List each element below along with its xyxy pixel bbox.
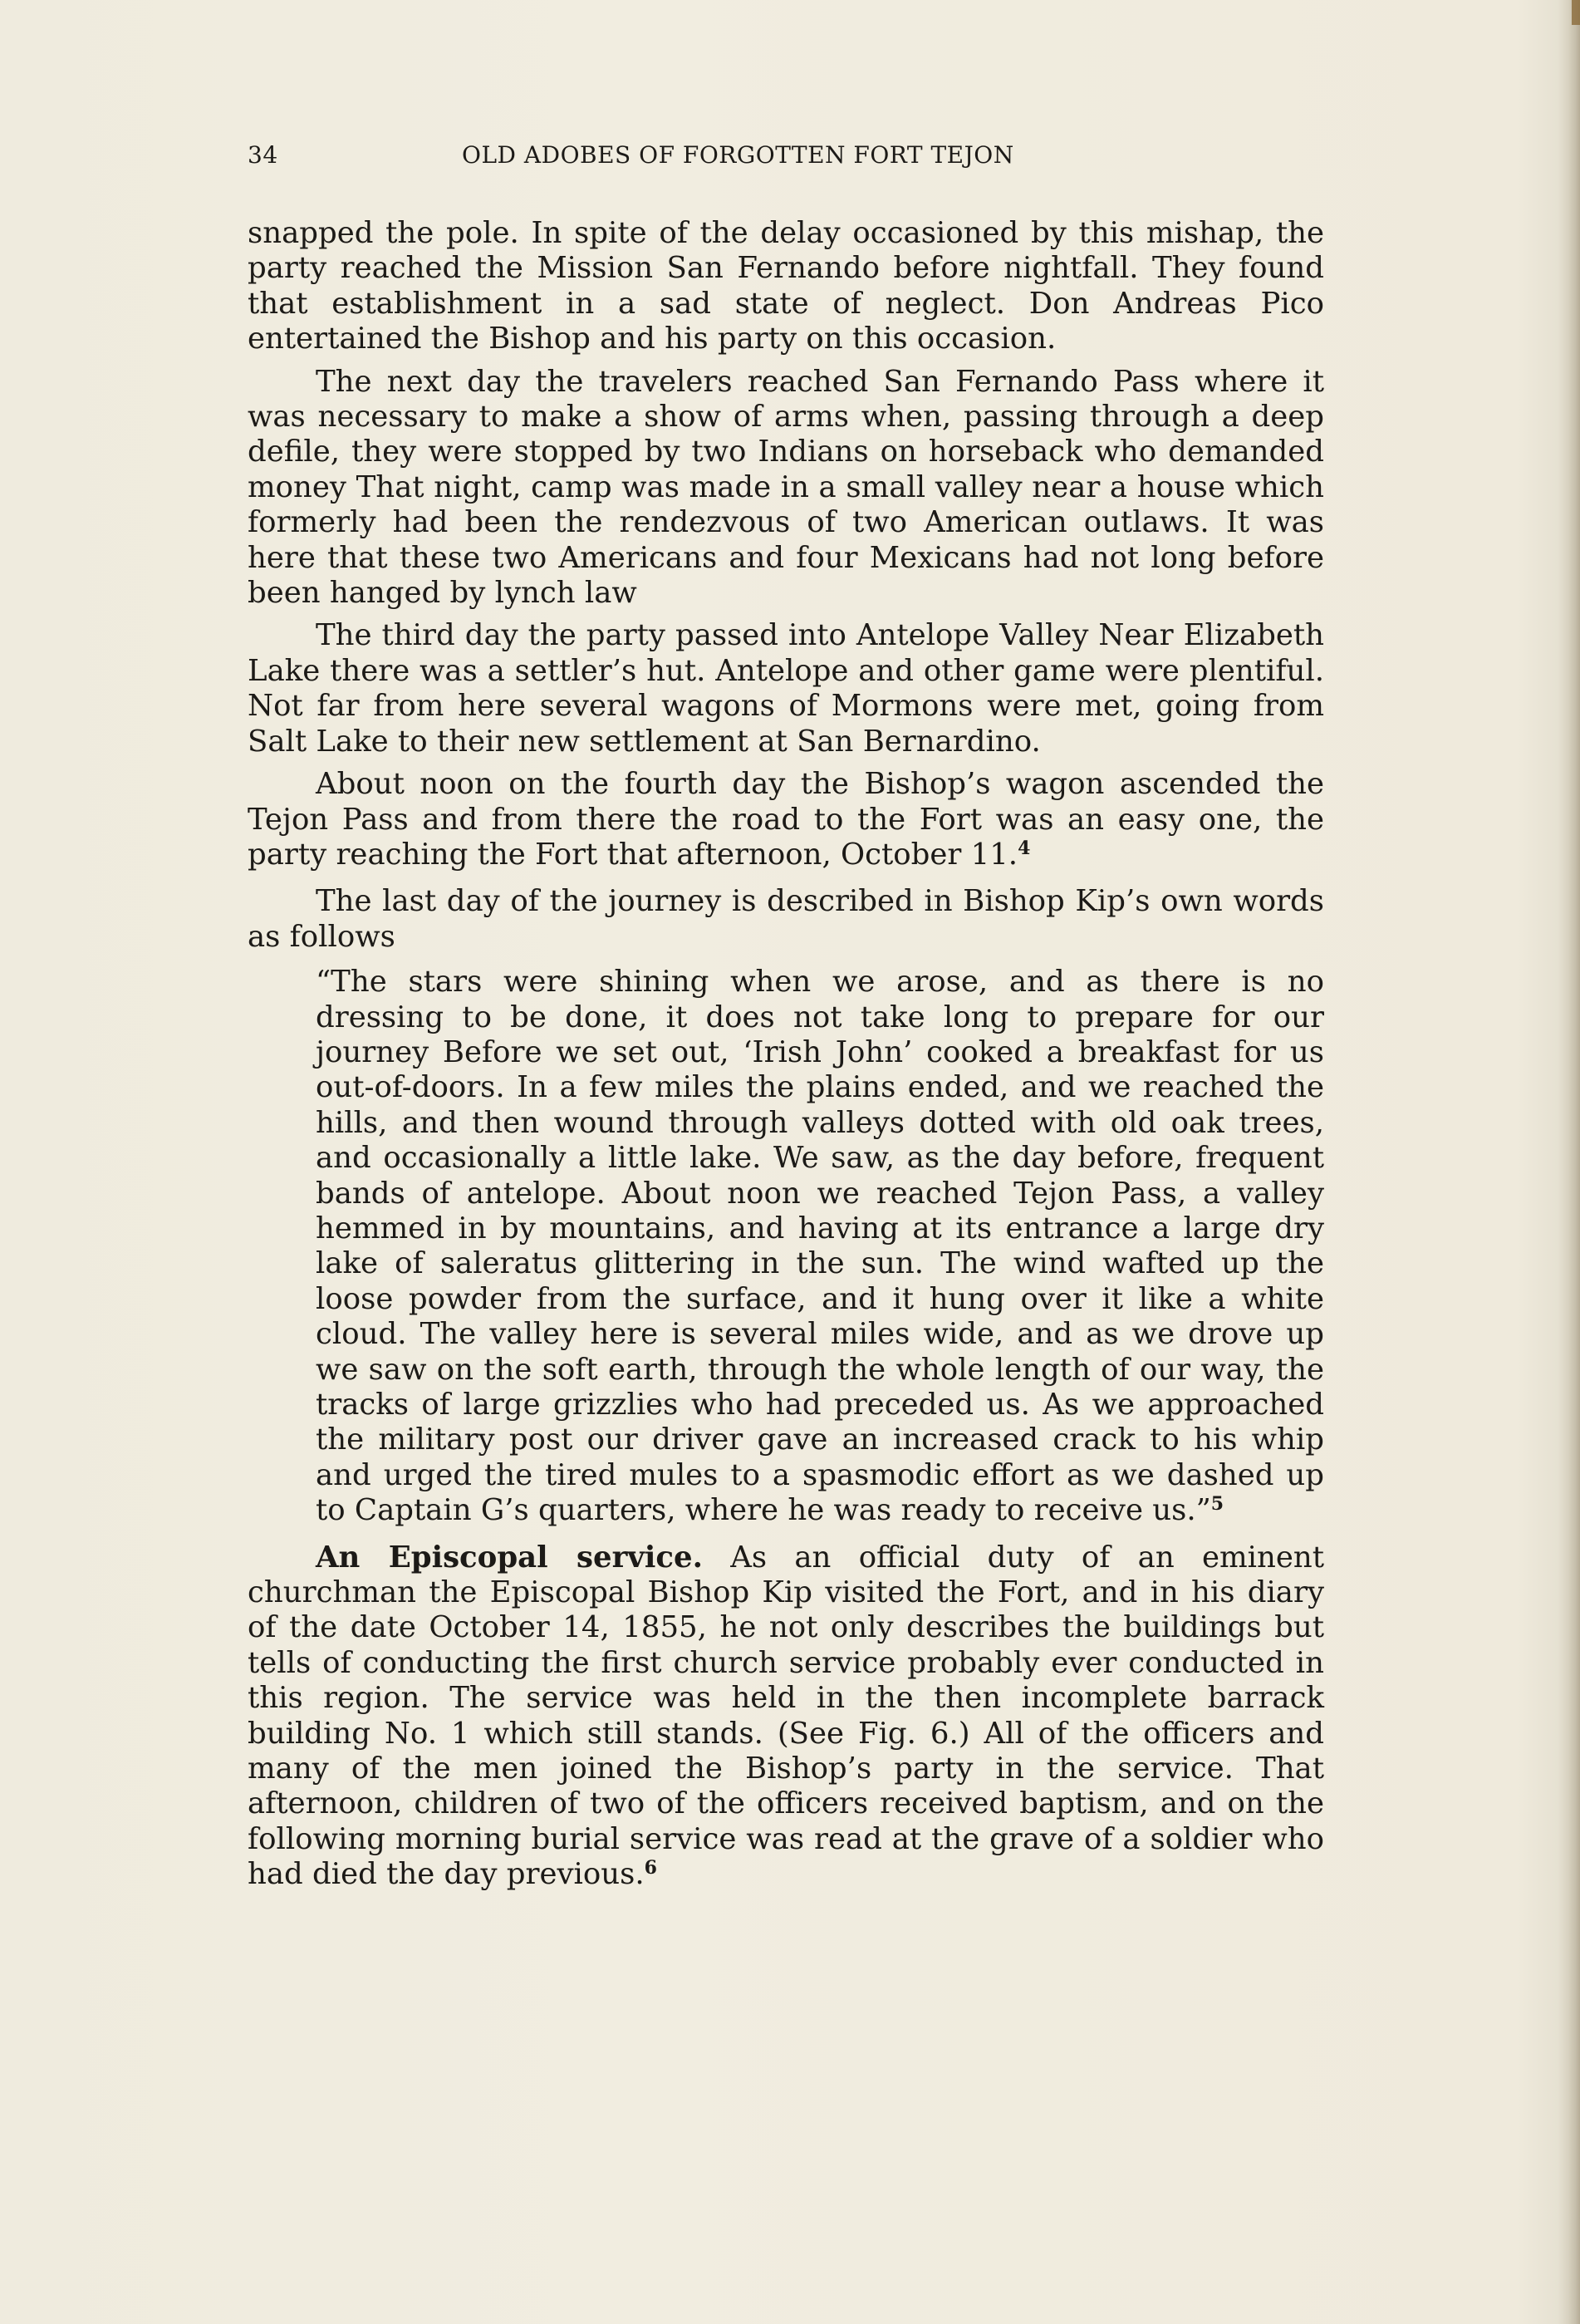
footnote-marker: 5 — [1211, 1493, 1224, 1515]
page-edge-corner — [1572, 0, 1580, 25]
paragraph-text: As an official duty of an eminent church… — [248, 1540, 1324, 1892]
body-text: snapped the pole. In spite of the delay … — [248, 216, 1324, 1893]
paragraph-antelope-valley: The third day the party passed into Ante… — [248, 618, 1324, 759]
paragraph-tejon-pass: About noon on the fourth day the Bishop’… — [248, 767, 1324, 872]
paragraph-continuation: snapped the pole. In spite of the delay … — [248, 216, 1324, 357]
running-title: OLD ADOBES OF FORGOTTEN FORT TEJON — [462, 141, 1014, 169]
paragraph-san-fernando-pass: The next day the travelers reached San F… — [248, 365, 1324, 612]
running-head: 34 OLD ADOBES OF FORGOTTEN FORT TEJON — [248, 141, 1324, 174]
page-edge-shadow — [1568, 0, 1580, 2324]
block-quote-kip: “The stars were shining when we arose, a… — [316, 965, 1324, 1529]
book-page: 34 OLD ADOBES OF FORGOTTEN FORT TEJON sn… — [0, 0, 1580, 2324]
footnote-marker: 4 — [1018, 838, 1030, 859]
quote-text: “The stars were shining when we arose, a… — [316, 965, 1324, 1527]
paragraph-text: The third day the party passed into Ante… — [248, 618, 1324, 758]
footnote-marker: 6 — [645, 1857, 657, 1879]
paragraph-text: The last day of the journey is described… — [248, 884, 1324, 953]
paragraph-last-day: The last day of the journey is described… — [248, 884, 1324, 955]
paragraph-text: About noon on the fourth day the Bishop’… — [248, 767, 1324, 872]
page-number: 34 — [248, 141, 278, 169]
paragraph-text: The next day the travelers reached San F… — [248, 365, 1324, 610]
section-run-in-heading: An Episcopal service. — [316, 1540, 703, 1575]
paragraph-episcopal-service: An Episcopal service. As an official dut… — [248, 1540, 1324, 1893]
paragraph-text: snapped the pole. In spite of the delay … — [248, 216, 1324, 356]
